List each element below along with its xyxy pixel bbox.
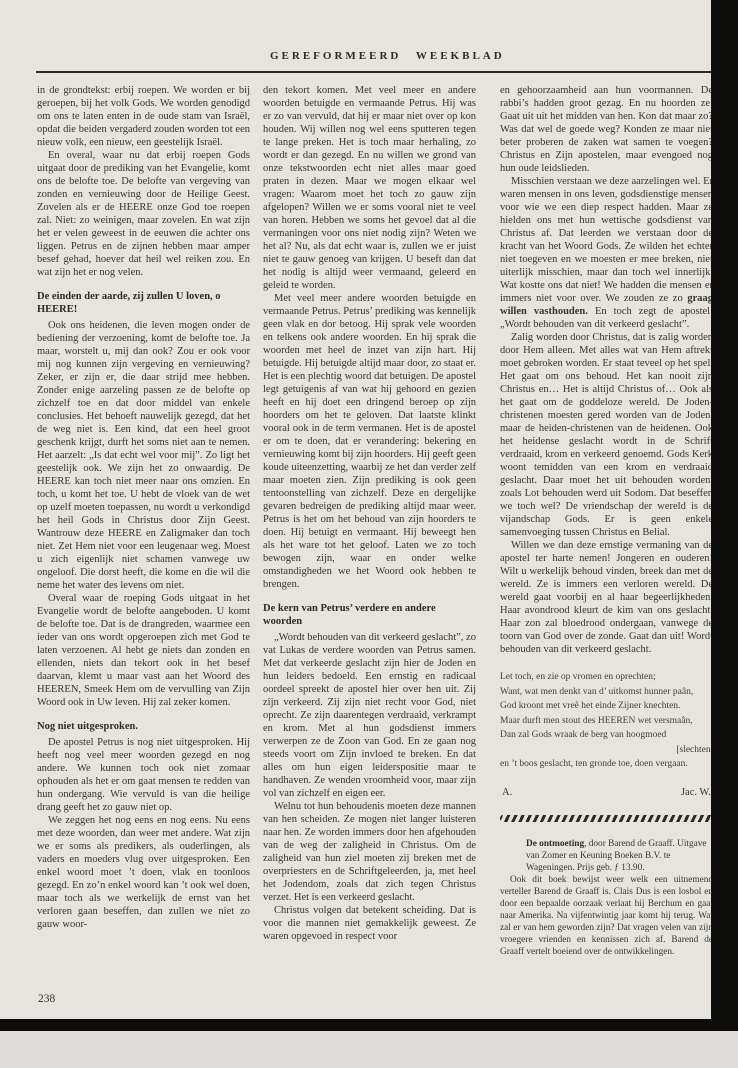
verse-line: Let toch, en zie op vromen en oprechten; — [500, 670, 713, 685]
section-heading: De kern van Petrus’ verdere en andere wo… — [263, 602, 476, 628]
scanner-background — [0, 1031, 738, 1068]
paragraph: Christus volgen dat betekent scheiding. … — [263, 904, 476, 943]
signature-author: Jac. W. — [681, 786, 711, 799]
verse-line-turnover: [slechten, — [500, 743, 713, 758]
paragraph: en gehoorzaamheid aan hun voormannen. De… — [500, 84, 713, 175]
scan-edge-bottom — [0, 1019, 738, 1031]
verse-line: en ’t boos geslacht, ten gronde toe, doe… — [500, 757, 713, 772]
scan-edge-right — [711, 0, 738, 1023]
text-column-2: den tekort komen. Met veel meer en ander… — [263, 84, 476, 943]
verse-line: Maar durft men stout des HEEREN wet vers… — [500, 714, 713, 729]
section-heading: De einden der aarde, zij zullen U loven,… — [37, 290, 250, 316]
masthead-rule — [36, 71, 712, 73]
paragraph: Zalig worden door Christus, dat is zalig… — [500, 331, 713, 539]
author-signature-row: A. Jac. W. — [502, 786, 711, 799]
psalm-verse: Let toch, en zie op vromen en oprechten;… — [500, 670, 713, 772]
scanned-magazine-page: GEREFORMEERD WEEKBLAD in de grondtekst: … — [0, 0, 738, 1068]
book-title: De ontmoeting — [526, 839, 584, 849]
paragraph: Misschien verstaan we deze aarzelingen w… — [500, 175, 713, 331]
verse-line: Dan zal Gods wraak de berg van hoogmoed — [500, 728, 713, 743]
paragraph: Met veel meer andere woorden betuigde en… — [263, 292, 476, 591]
paragraph: We zeggen het nog eens en nog eens. Nu e… — [37, 814, 250, 931]
paragraph: Willen we dan deze ernstige vermaning va… — [500, 539, 713, 656]
paragraph: in de grondtekst: erbij roepen. We worde… — [37, 84, 250, 149]
paragraph: Ook ons heidenen, die leven mogen onder … — [37, 319, 250, 592]
paragraph: „Wordt behouden van dit verkeerd geslach… — [263, 631, 476, 800]
book-review-header: De ontmoeting, door Barend de Graaff. Ui… — [526, 838, 713, 874]
verse-line: God kroont met vreê het einde Zijner kne… — [500, 699, 713, 714]
paragraph: En overal, waar nu dat erbij roepen Gods… — [37, 149, 250, 279]
paragraph: Overal waar de roeping Gods uitgaat in h… — [37, 592, 250, 709]
signature-initial: A. — [502, 786, 512, 799]
paragraph: De apostel Petrus is nog niet uitgesprok… — [37, 736, 250, 814]
paragraph: Welnu tot hun behoudenis moeten deze man… — [263, 800, 476, 904]
verse-line: Want, wat men denkt van d’ uitkomst hunn… — [500, 685, 713, 700]
page-number: 238 — [38, 993, 55, 1005]
rope-divider-ornament — [500, 815, 713, 822]
text-column-1: in de grondtekst: erbij roepen. We worde… — [37, 84, 250, 931]
magazine-masthead: GEREFORMEERD WEEKBLAD — [270, 50, 505, 62]
paragraph-text: Misschien verstaan we deze aarzelingen w… — [500, 176, 713, 304]
book-review-body: Ook dit boek bewijst weer welk een uitne… — [500, 874, 713, 958]
section-heading: Nog niet uitgesproken. — [37, 720, 250, 733]
text-column-3: en gehoorzaamheid aan hun voormannen. De… — [500, 84, 713, 958]
paragraph: den tekort komen. Met veel meer en ander… — [263, 84, 476, 292]
